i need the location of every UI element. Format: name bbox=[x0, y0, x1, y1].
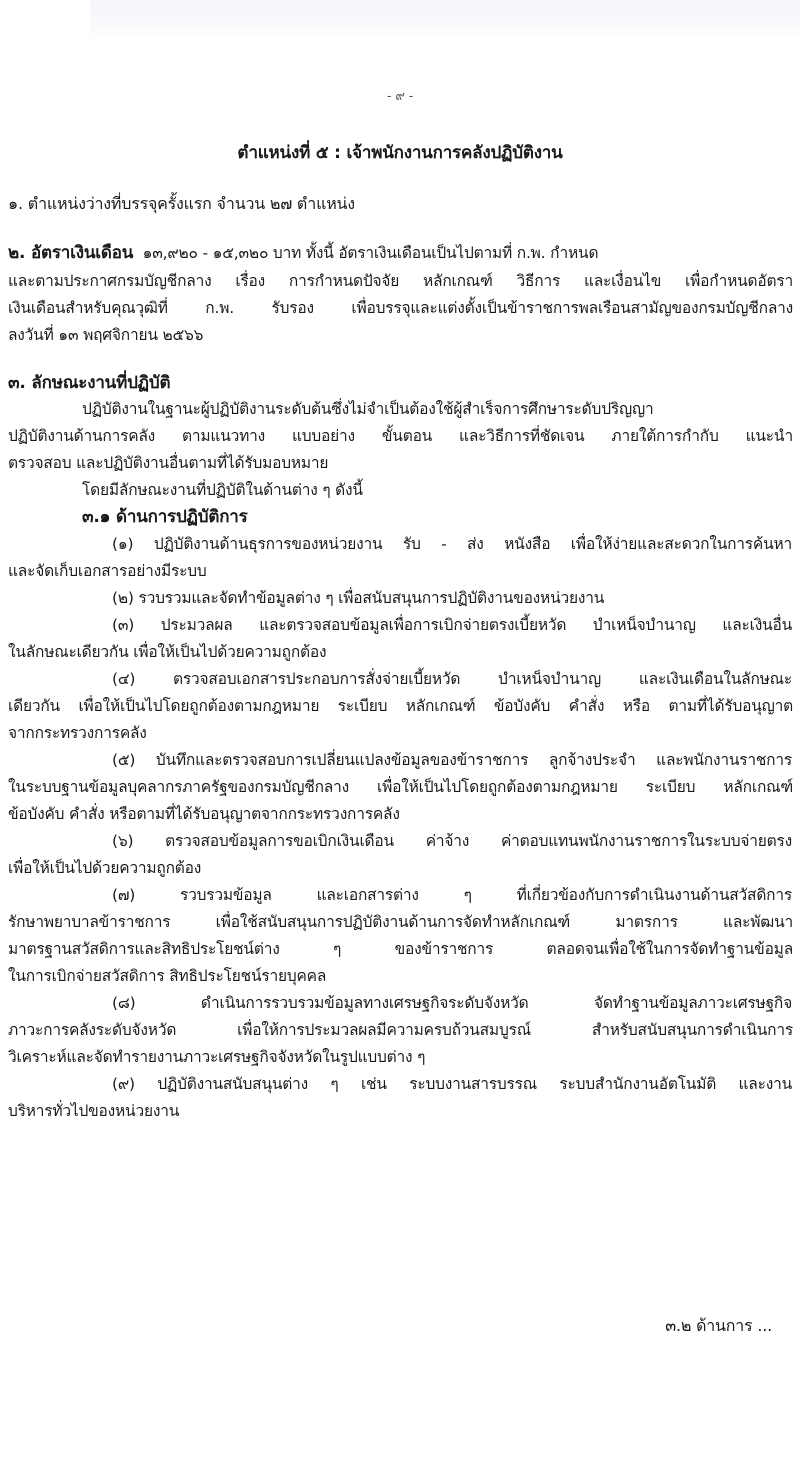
item-4-line-2: จากกระทรวงการคลัง bbox=[8, 722, 147, 744]
page-title: ตำแหน่งที่ ๕ : เจ้าพนักงานการคลังปฏิบัติ… bbox=[0, 142, 800, 164]
section-2-line-1: และตามประกาศกรมบัญชีกลาง เรื่อง การกำหนด… bbox=[8, 270, 793, 292]
section-3-intro-2: ตรวจสอบ และปฏิบัติงานอื่นตามที่ได้รับมอบ… bbox=[8, 452, 328, 474]
item-8-line-1: ภาวะการคลังระดับจังหวัด เพื่อให้การประมว… bbox=[8, 1019, 793, 1041]
item-7-line-0: (๗) รวบรวมข้อมูล และเอกสารต่าง ๆ ที่เกี่… bbox=[112, 884, 792, 906]
page-number: - ๙ - bbox=[0, 86, 800, 108]
item-2-line-0: (๒) รวบรวมและจัดทำข้อมูลต่าง ๆ เพื่อสนับ… bbox=[112, 587, 604, 609]
scan-bleed-through bbox=[90, 0, 800, 40]
section-2-line-2: เงินเดือนสำหรับคุณวุฒิที่ ก.พ. รับรอง เพ… bbox=[8, 297, 793, 319]
continuation-marker: ๓.๒ ด้านการ ... bbox=[665, 1315, 772, 1337]
item-4-line-0: (๔) ตรวจสอบเอกสารประกอบการสั่งจ่ายเบี้ยห… bbox=[112, 668, 792, 690]
section-3-heading: ๓. ลักษณะงานที่ปฏิบัติ bbox=[8, 372, 170, 394]
item-7-line-3: ในการเบิกจ่ายสวัสดิการ สิทธิประโยชน์รายบ… bbox=[8, 965, 326, 987]
section-2-line-0: ๑๓,๙๒๐ - ๑๕,๓๒๐ บาท ทั้งนี้ อัตราเงินเดื… bbox=[143, 244, 599, 262]
item-9-line-1: บริหารทั่วไปของหน่วยงาน bbox=[8, 1100, 179, 1122]
item-7-line-2: มาตรฐานสวัสดิการและสิทธิประโยชน์ต่าง ๆ ข… bbox=[8, 938, 793, 960]
subsection-3-1-heading: ๓.๑ ด้านการปฏิบัติการ bbox=[82, 506, 248, 528]
item-9-line-0: (๙) ปฏิบัติงานสนับสนุนต่าง ๆ เช่น ระบบงา… bbox=[112, 1073, 792, 1095]
item-1-line-1: และจัดเก็บเอกสารอย่างมีระบบ bbox=[8, 560, 207, 582]
item-8-line-0: (๘) ดำเนินการรวบรวมข้อมูลทางเศรษฐกิจระดั… bbox=[112, 992, 792, 1014]
item-3-line-0: (๓) ประมวลผล และตรวจสอบข้อมูลเพื่อการเบิ… bbox=[112, 614, 792, 636]
item-3-line-1: ในลักษณะเดียวกัน เพื่อให้เป็นไปด้วยความถ… bbox=[8, 641, 326, 663]
item-5-line-2: ข้อบังคับ คำสั่ง หรือตามที่ได้รับอนุญาตจ… bbox=[8, 803, 400, 825]
item-6-line-0: (๖) ตรวจสอบข้อมูลการขอเบิกเงินเดือน ค่าจ… bbox=[112, 830, 792, 852]
section-3-intro-3: โดยมีลักษณะงานที่ปฏิบัติในด้านต่าง ๆ ดัง… bbox=[82, 479, 363, 501]
section-3-intro-0: ปฏิบัติงานในฐานะผู้ปฏิบัติงานระดับต้นซึ่… bbox=[82, 398, 792, 420]
item-5-line-1: ในระบบฐานข้อมูลบุคลากรภาครัฐของกรมบัญชีก… bbox=[8, 776, 793, 798]
item-8-line-2: วิเคราะห์และจัดทำรายงานภาวะเศรษฐกิจจังหว… bbox=[8, 1046, 425, 1068]
item-6-line-1: เพื่อให้เป็นไปด้วยความถูกต้อง bbox=[8, 857, 201, 879]
section-2-line-3: ลงวันที่ ๑๓ พฤศจิกายน ๒๕๖๖ bbox=[8, 324, 203, 346]
section-2-salary: ๒. อัตราเงินเดือน ๑๓,๙๒๐ - ๑๕,๓๒๐ บาท ทั… bbox=[8, 242, 598, 264]
section-1-vacancies: ๑. ตำแหน่งว่างที่บรรจุครั้งแรก จำนวน ๒๗ … bbox=[8, 193, 355, 215]
section-2-heading: ๒. อัตราเงินเดือน bbox=[8, 243, 133, 263]
section-3-intro-1: ปฏิบัติงานด้านการคลัง ตามแนวทาง แบบอย่าง… bbox=[8, 425, 793, 447]
item-4-line-1: เดียวกัน เพื่อให้เป็นไปโดยถูกต้องตามกฎหม… bbox=[8, 695, 793, 717]
item-7-line-1: รักษาพยาบาลข้าราชการ เพื่อใช้สนับสนุนการ… bbox=[8, 911, 793, 933]
item-1-line-0: (๑) ปฏิบัติงานด้านธุรการของหน่วยงาน รับ … bbox=[112, 533, 792, 555]
item-5-line-0: (๕) บันทึกและตรวจสอบการเปลี่ยนแปลงข้อมูล… bbox=[112, 749, 792, 771]
